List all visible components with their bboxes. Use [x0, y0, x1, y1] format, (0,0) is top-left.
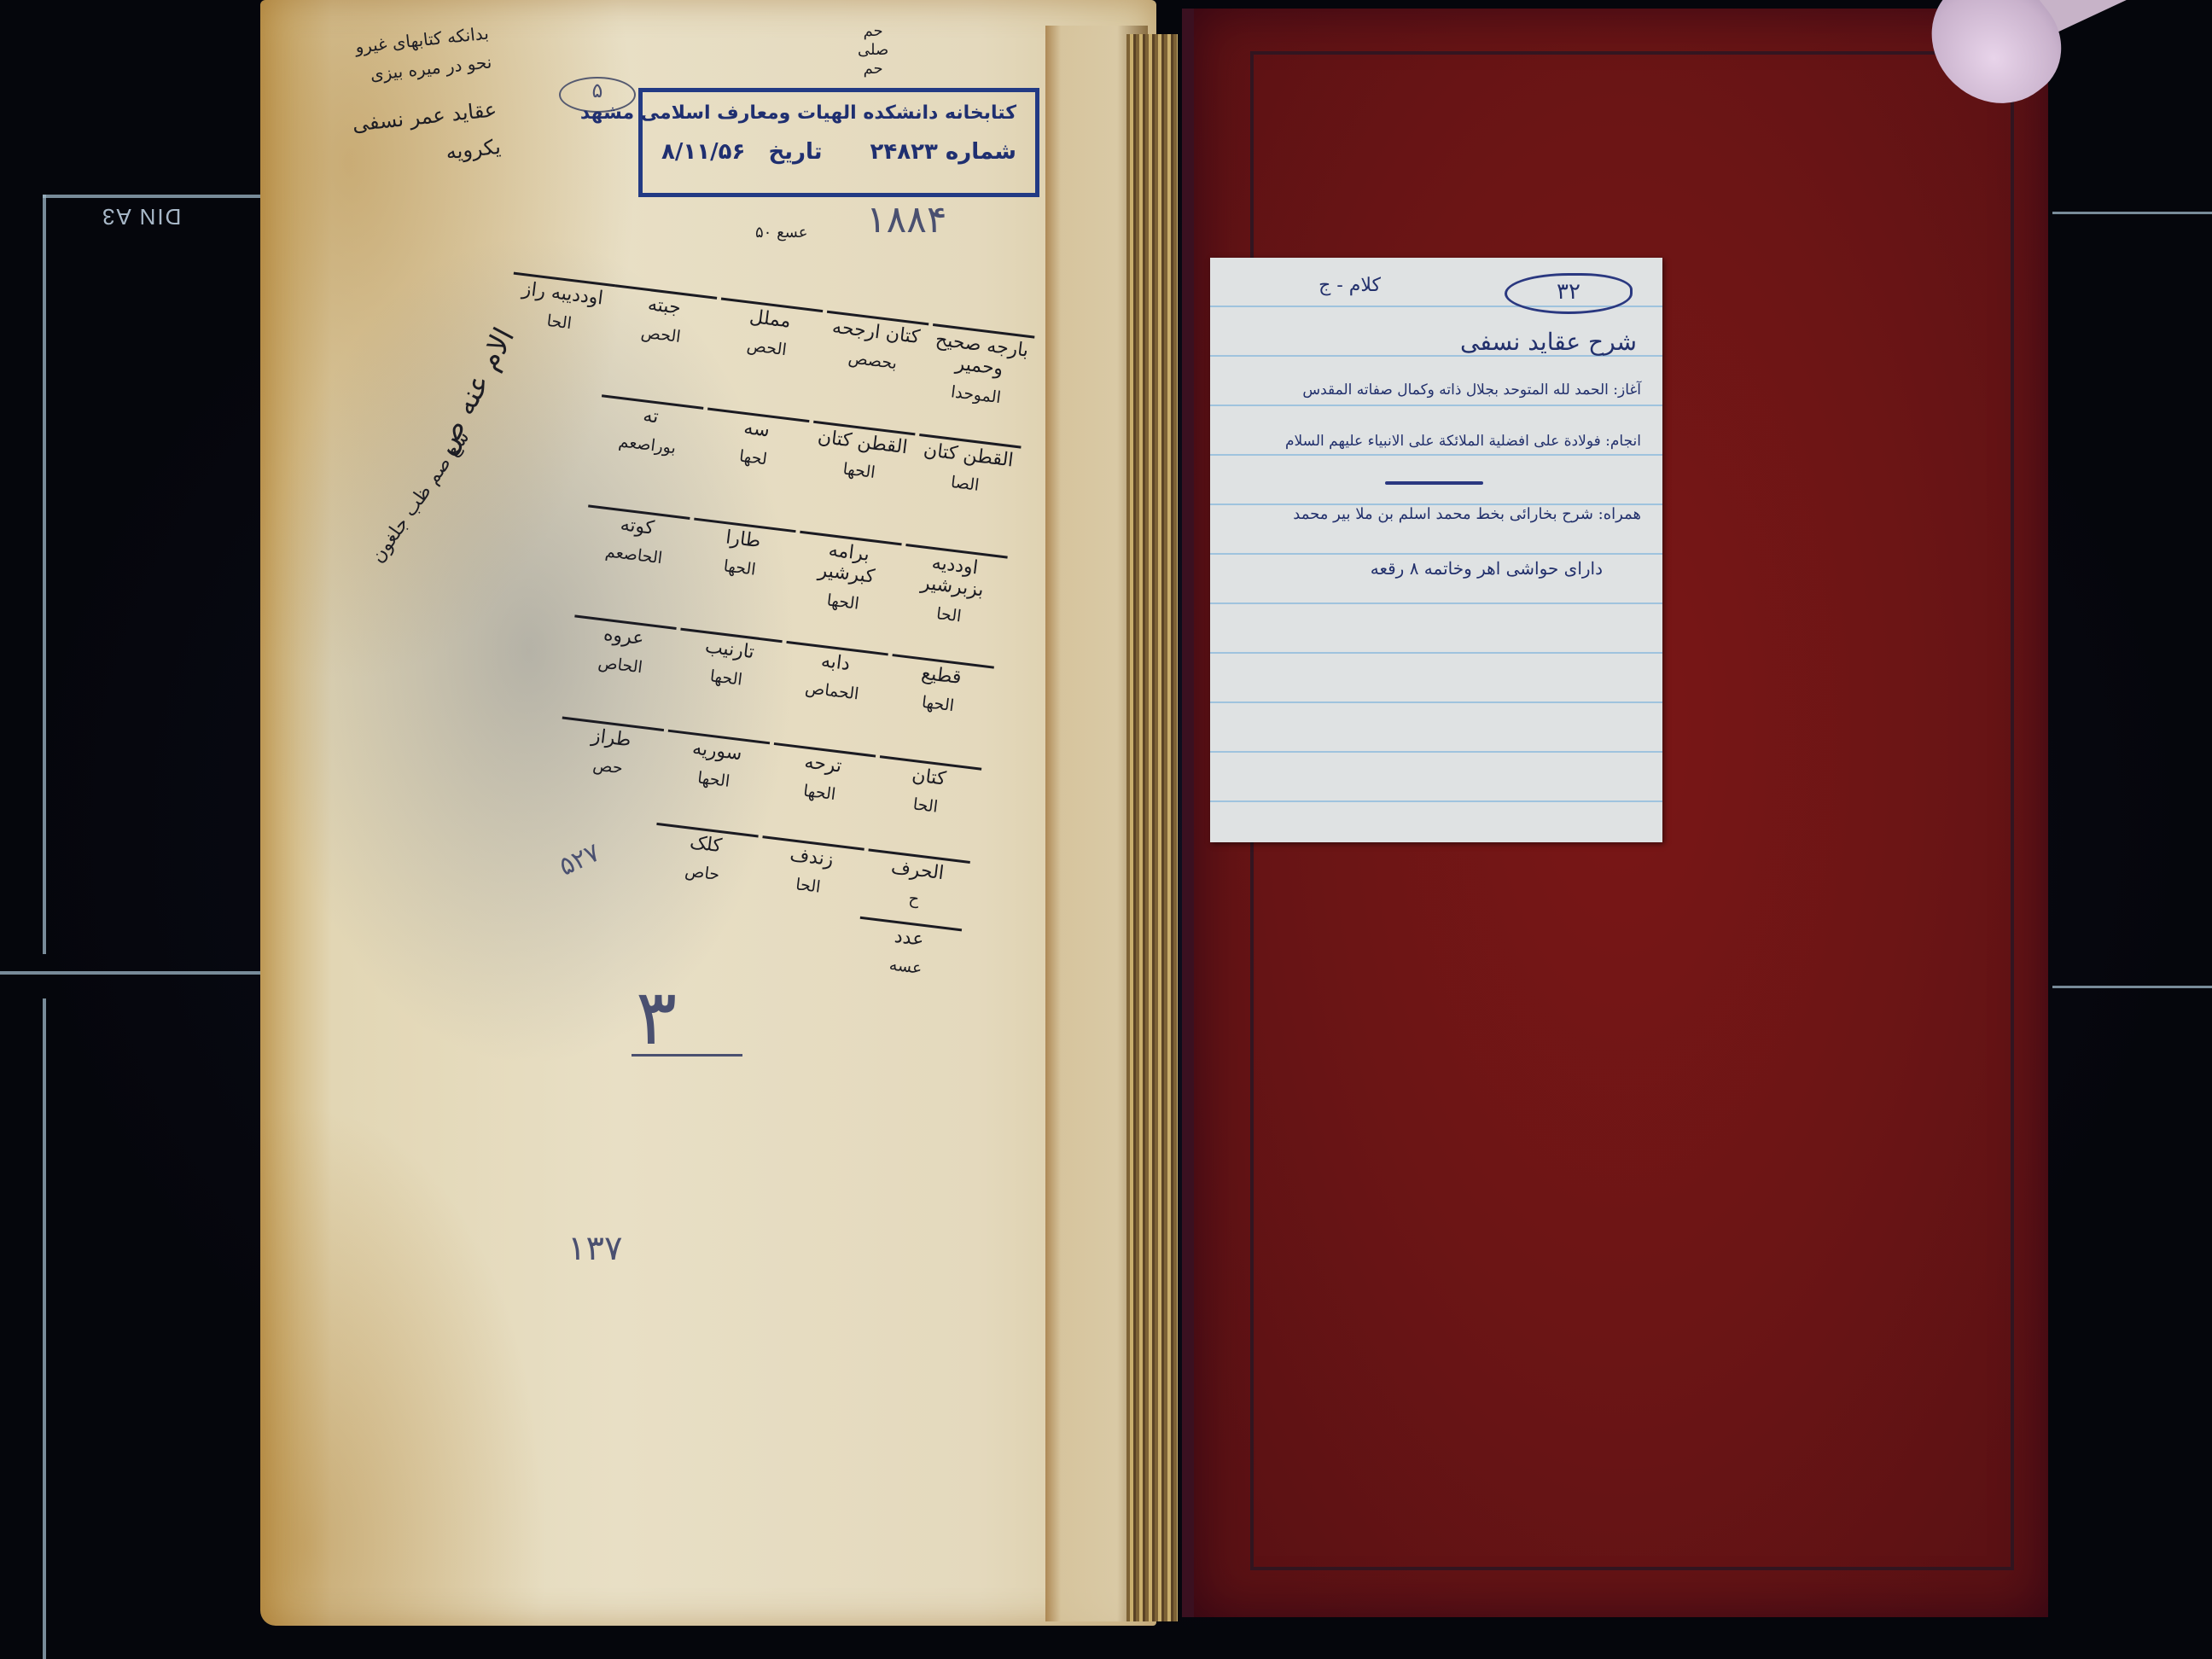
note-entry: طاراالحها: [688, 523, 795, 584]
note-entry: اوددیبه رازالحا: [507, 277, 614, 338]
pencil-number: ۱۳۷: [568, 1229, 622, 1268]
card-divider: [1385, 481, 1483, 485]
mat-grid-line: [43, 195, 265, 198]
notes-table: بارجه صحیح وحمیرالموحدا کتان ارجحهبحصص م…: [445, 260, 1040, 900]
mat-grid-line: [0, 971, 265, 975]
note-entry: تهبوراصعم: [596, 399, 703, 460]
top-marks: حم صلی حم: [858, 22, 888, 79]
note-entry: القطن کتانالصا: [913, 439, 1021, 499]
card-circled-number: ۳۲: [1505, 273, 1633, 314]
page-edges: [1126, 34, 1178, 1621]
note-line: عقاید عمر نسفی: [351, 95, 498, 139]
top-mark: حم: [858, 22, 888, 41]
note-entry: جبتهالحص: [608, 289, 716, 350]
note-entry: عروهالحاص: [568, 620, 676, 680]
note-entry: برامه کبرشیرالحها: [791, 536, 901, 618]
stamp-number-value: ۲۴۸۲۳: [870, 139, 938, 165]
top-mark: صلی: [858, 41, 888, 60]
stamp-date-label: تاریخ: [769, 139, 823, 165]
mat-label: DIN A3: [101, 203, 181, 230]
note-entry: القطن کتانالحها: [807, 426, 915, 486]
top-left-note: بدانکه کتابهای غیرو نحو در میره بیزی عقا…: [343, 19, 503, 177]
accession-number: ۱۸۸۴: [866, 198, 947, 242]
stamp-date: تاریخ ۸/۱۱/۵۶: [661, 139, 823, 165]
mat-grid-line: [43, 998, 46, 1659]
pencil-underline: [632, 1054, 742, 1057]
note-entry: بارجه صحیح وحمیرالموحدا: [924, 329, 1034, 410]
stamp-title: کتابخانه دانشکده الهیات ومعارف اسلامی مش…: [661, 102, 1016, 124]
stamp-number-label: شماره: [946, 139, 1016, 165]
note-entry: دابهالحماص: [780, 646, 888, 707]
note-entry: قطیعالحها: [886, 659, 993, 719]
note-entry: کتان ارجحهبحصص: [821, 316, 928, 376]
stamp-date-value: ۸/۱۱/۵۶: [661, 139, 745, 165]
catalogue-card: ۳۲ کلام - ج شرح عقاید نسفی آغاز: الحمد ل…: [1210, 258, 1662, 842]
note-entry: ممللالحص: [715, 302, 823, 363]
note-entry: سوریهالحها: [661, 735, 769, 795]
note-entry: کوتهالحاصعم: [582, 509, 690, 570]
note-entry: ترحهالحها: [767, 748, 875, 808]
card-title: شرح عقاید نسفی: [1460, 328, 1637, 356]
small-note: عسع ۵۰: [755, 224, 807, 242]
pencil-mark: ۳: [636, 973, 677, 1062]
note-entry: اوددیه بزبرشیرالحا: [897, 549, 1007, 631]
stamp-details: شماره ۲۴۸۲۳ تاریخ ۸/۱۱/۵۶: [661, 139, 1016, 165]
circled-mark-text: ۵: [592, 79, 603, 102]
note-entry: تارنیبالحها: [674, 633, 782, 694]
mat-grid-line: [43, 195, 46, 954]
card-incipit-1: آغاز: الحمد لله المتوحد بجلال ذاته وکمال…: [1302, 381, 1641, 399]
mat-grid-line: [2052, 212, 2212, 214]
card-notes: دارای حواشی اهر وخاتمه ۸ رقعه: [1371, 558, 1603, 579]
card-incipit-2: انجام: فولادة علی افضلیة الملائکة علی ال…: [1285, 433, 1641, 450]
stamp-number: شماره ۲۴۸۲۳: [870, 139, 1017, 165]
note-entry: سهلحها: [701, 412, 809, 473]
note-entry: طرازحص: [556, 721, 663, 782]
note-entry: کتانالحا: [874, 760, 981, 821]
card-category: کلام - ج: [1318, 275, 1381, 296]
top-mark: حم: [858, 60, 888, 79]
library-stamp: کتابخانه دانشکده الهیات ومعارف اسلامی مش…: [638, 88, 1039, 197]
card-scribe: همراه: شرح بخارائی بخط محمد اسلم بن ملا …: [1293, 505, 1641, 523]
mat-grid-line: [2052, 986, 2212, 988]
card-number-text: ۳۲: [1557, 279, 1580, 305]
